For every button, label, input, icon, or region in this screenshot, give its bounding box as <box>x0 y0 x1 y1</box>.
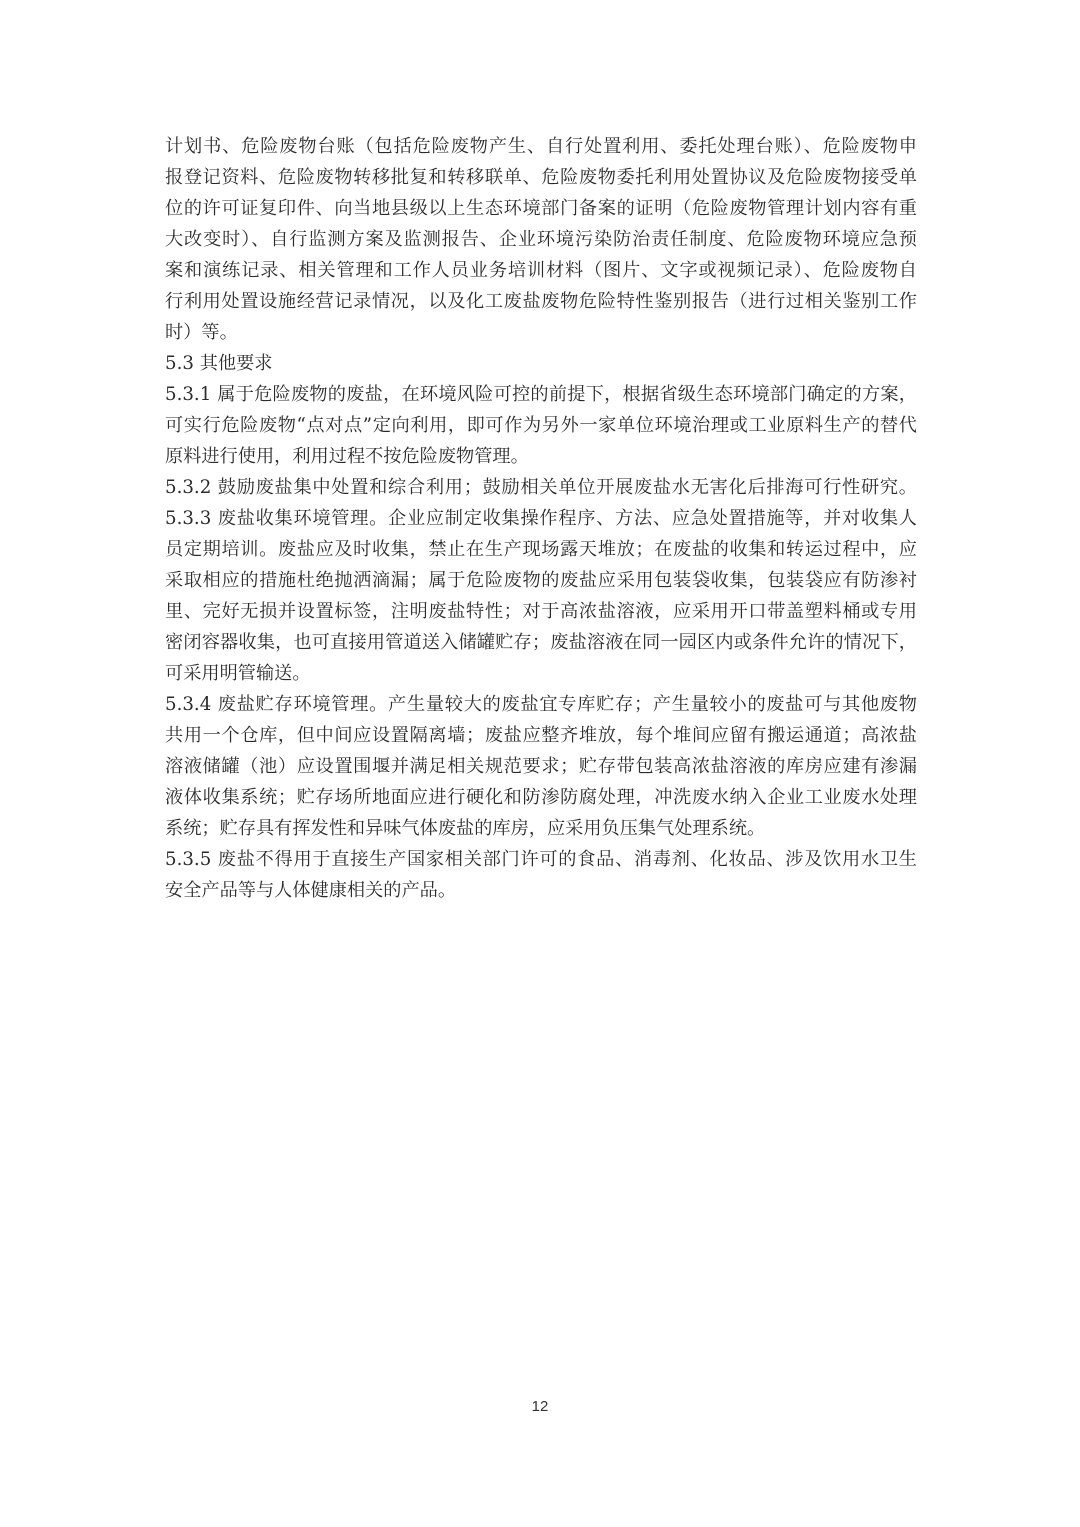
paragraph-line: 员定期培训。废盐应及时收集，禁止在生产现场露天堆放；在废盐的收集和转运过程中，应 <box>165 534 917 565</box>
paragraph-line: 可采用明管输送。 <box>165 658 917 689</box>
paragraph-line: 可实行危险废物“点对点”定向利用，即可作为另外一家单位环境治理或工业原料生产的替… <box>165 410 917 441</box>
clause-5-3-3: 5.3.3 废盐收集环境管理。企业应制定收集操作程序、方法、应急处置措施等，并对… <box>165 503 917 534</box>
paragraph-line: 计划书、危险废物台账（包括危险废物产生、自行处置利用、委托处理台账）、危险废物申 <box>165 131 917 162</box>
paragraph-line: 大改变时）、自行监测方案及监测报告、企业环境污染防治责任制度、危险废物环境应急预 <box>165 224 917 255</box>
paragraph-line: 共用一个仓库，但中间应设置隔离墙；废盐应整齐堆放，每个堆间应留有搬运通道；高浓盐 <box>165 720 917 751</box>
paragraph-line: 密闭容器收集，也可直接用管道送入储罐贮存；废盐溶液在同一园区内或条件允许的情况下… <box>165 627 917 658</box>
paragraph-line: 里、完好无损并设置标签，注明废盐特性；对于高浓盐溶液，应采用开口带盖塑料桶或专用 <box>165 596 917 627</box>
page-number: 12 <box>0 1398 1080 1415</box>
paragraph-line: 行利用处置设施经营记录情况，以及化工废盐废物危险特性鉴别报告（进行过相关鉴别工作 <box>165 286 917 317</box>
paragraph-line: 位的许可证复印件、向当地县级以上生态环境部门备案的证明（危险废物管理计划内容有重 <box>165 193 917 224</box>
paragraph-line: 采取相应的措施杜绝抛洒滴漏；属于危险废物的废盐应采用包装袋收集，包装袋应有防渗衬 <box>165 565 917 596</box>
paragraph-line: 原料进行使用，利用过程不按危险废物管理。 <box>165 441 917 472</box>
paragraph-line: 报登记资料、危险废物转移批复和转移联单、危险废物委托利用处置协议及危险废物接受单 <box>165 162 917 193</box>
paragraph-line: 案和演练记录、相关管理和工作人员业务培训材料（图片、文字或视频记录）、危险废物自 <box>165 255 917 286</box>
document-body: 计划书、危险废物台账（包括危险废物产生、自行处置利用、委托处理台账）、危险废物申… <box>165 131 917 906</box>
clause-5-3-4: 5.3.4 废盐贮存环境管理。产生量较大的废盐宜专库贮存；产生量较小的废盐可与其… <box>165 689 917 720</box>
clause-5-3-2: 5.3.2 鼓励废盐集中处置和综合利用；鼓励相关单位开展废盐水无害化后排海可行性… <box>165 472 917 503</box>
paragraph-line: 系统；贮存具有挥发性和异味气体废盐的库房，应采用负压集气处理系统。 <box>165 813 917 844</box>
clause-5-3-1: 5.3.1 属于危险废物的废盐，在环境风险可控的前提下，根据省级生态环境部门确定… <box>165 379 917 410</box>
clause-5-3-5: 5.3.5 废盐不得用于直接生产国家相关部门许可的食品、消毒剂、化妆品、涉及饮用… <box>165 844 917 875</box>
section-heading-5-3: 5.3 其他要求 <box>165 348 917 379</box>
paragraph-line: 溶液储罐（池）应设置围堰并满足相关规范要求；贮存带包装高浓盐溶液的库房应建有渗漏 <box>165 751 917 782</box>
document-page: 计划书、危险废物台账（包括危险废物产生、自行处置利用、委托处理台账）、危险废物申… <box>0 0 1080 1527</box>
paragraph-line: 安全产品等与人体健康相关的产品。 <box>165 875 917 906</box>
paragraph-line: 液体收集系统；贮存场所地面应进行硬化和防渗防腐处理，冲洗废水纳入企业工业废水处理 <box>165 782 917 813</box>
paragraph-line: 时）等。 <box>165 317 917 348</box>
